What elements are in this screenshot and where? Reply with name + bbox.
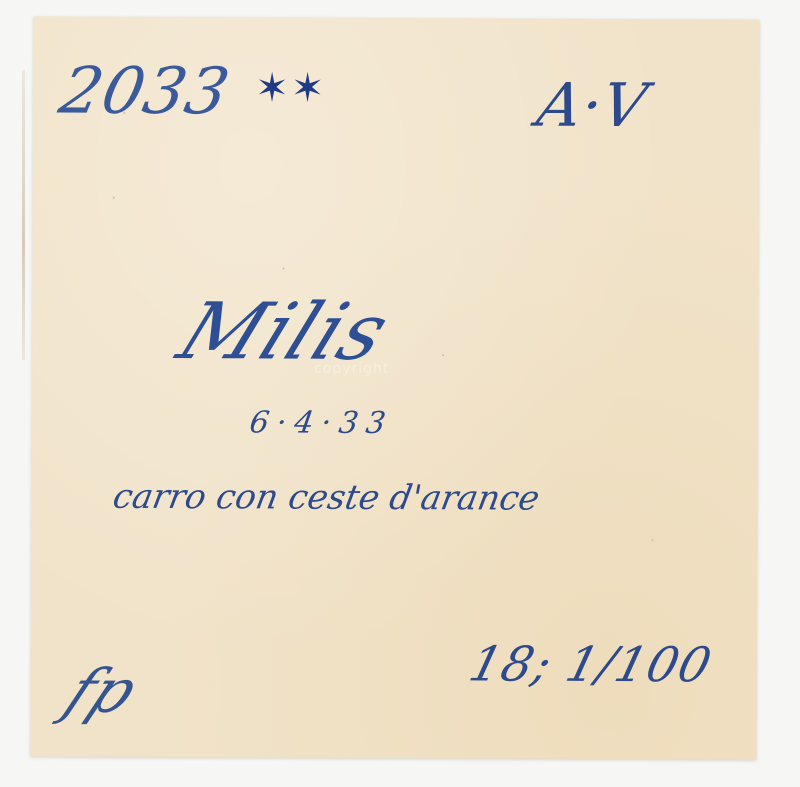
exposure-settings: 18; 1/100 — [464, 636, 718, 693]
index-card: 2033 ✶✶ A·V Milis copyright 6·4·33 carro… — [30, 16, 759, 759]
photo-caption: carro con ceste d'arance — [110, 477, 543, 519]
author-initials: A·V — [532, 71, 653, 141]
paper-speck — [651, 539, 653, 541]
photo-date: 6·4·33 — [247, 405, 395, 441]
copyright-watermark: copyright — [314, 361, 389, 377]
catalog-number: 2033 — [53, 55, 236, 130]
paper-speck — [442, 354, 444, 356]
paper-speck — [283, 268, 285, 270]
left-edge-shadow — [22, 70, 25, 360]
signature-initials: fp — [54, 657, 150, 727]
rating-stars-icon: ✶✶ — [255, 65, 326, 111]
paper-speck — [113, 197, 115, 199]
